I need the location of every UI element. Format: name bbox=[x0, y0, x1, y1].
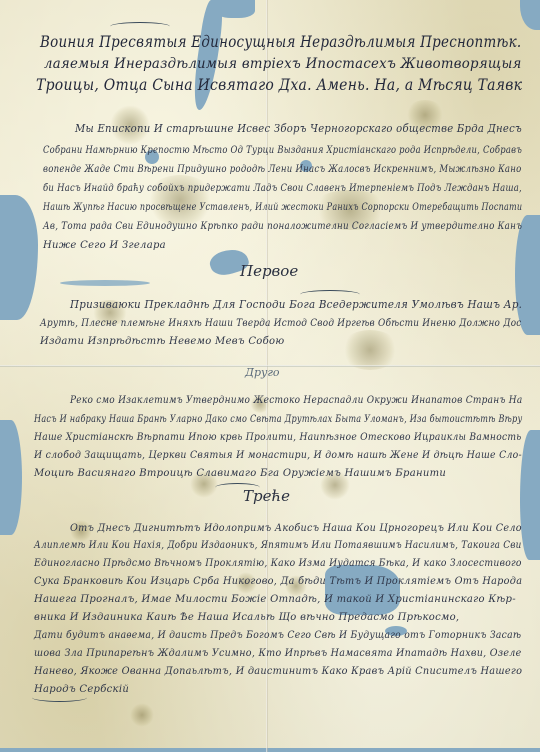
damage-patch bbox=[0, 195, 38, 320]
text-line: Отъ Днесъ Дигнитѣтъ Идолопримъ Акобисъ Н… bbox=[70, 522, 522, 534]
damage-patch bbox=[0, 420, 22, 535]
text-line: Насъ И набраку Наша Бранѣ Уларно Дако см… bbox=[34, 414, 522, 425]
text-line: Нанево, Якоже Ованна Допаьлѣтъ, И даисти… bbox=[34, 666, 522, 677]
damage-patch bbox=[0, 748, 540, 752]
text-line: Нашега Прогналъ, Имае Милости Божiе Отпа… bbox=[34, 594, 516, 605]
text-line: Сука Бранковиѣ Кои Изцарь Срба Никогово,… bbox=[34, 576, 522, 587]
stain bbox=[130, 703, 154, 727]
text-line: Издати Изпрѣдѣстѣ Невемо Мевъ Собою bbox=[40, 336, 284, 347]
text-line: Моциѣ Васиянаго Втроицѣ Славимаго Бга Ор… bbox=[34, 468, 446, 479]
damage-patch bbox=[325, 565, 400, 615]
text-line: Ав, Тота рада Сви Единодушно Крѣпко ради… bbox=[43, 221, 522, 232]
title-line: Воиния Пресвятыя Единосущныя Нераздѣлимы… bbox=[40, 33, 521, 51]
text-line: Алиплемѣ Или Кои Нахiя, Добри Издаоникъ,… bbox=[34, 540, 522, 551]
text-line: вопенде Жаде Сти Вѣрени Придушно рододѣ … bbox=[43, 164, 522, 175]
text-line: Единогласно Прѣдсмо Вѣчномъ Проклятiю, К… bbox=[34, 558, 522, 569]
text-line: шова Зла Припареѣнъ Ждалимъ Усимно, Кто … bbox=[34, 648, 522, 659]
text-line: Арутѣ, Плесне племѣне Иняхѣ Наши Тверда … bbox=[40, 318, 522, 329]
text-line: Ниже Сего И Згелара bbox=[43, 240, 166, 251]
text-line: вника И Издаиника Каиѣ Ѣе Наша Исальѣ Що… bbox=[34, 612, 459, 623]
damage-patch bbox=[60, 280, 150, 286]
text-line: би Насъ Инайд браћу собойхъ придержати Л… bbox=[43, 183, 522, 194]
section-heading-second: Друго bbox=[245, 366, 280, 379]
damage-patch bbox=[215, 0, 255, 18]
text-line: И слобод Защищать, Церкви Святыя И монас… bbox=[34, 450, 522, 461]
text-line: Наше Христiанскѣ Вѣрпати Ипою крвь Проли… bbox=[34, 432, 522, 443]
damage-patch bbox=[520, 0, 540, 30]
stain bbox=[340, 330, 400, 370]
text-line: Реко смо Изаклетимъ Утверднимо Жестоко Н… bbox=[70, 395, 523, 406]
damage-patch bbox=[515, 215, 540, 335]
title-line: лаяемыя Инераздѣлимыя втрiехъ Ипостасехъ… bbox=[44, 56, 522, 72]
text-line: Призиваюки Прекладнѣ Для Господи Бога Вс… bbox=[70, 297, 522, 311]
section-heading-first: Первое bbox=[240, 262, 298, 280]
text-line: Собрани Намѣрнию Крепостю Мѣсто Од Турци… bbox=[43, 145, 522, 156]
flourish bbox=[110, 22, 170, 31]
text-line: Дати будитъ анаѳема, И даисть Предъ Бого… bbox=[34, 630, 521, 641]
flourish bbox=[32, 693, 87, 702]
text-line: Нашѣ Жупѣг Насию просвѣщене Уставленъ, И… bbox=[43, 202, 522, 213]
manuscript-page: Воиния Пресвятыя Единосущныя Нераздѣлимы… bbox=[0, 0, 540, 752]
title-line: Троицы, Отца Сына Исвятаго Дха. Амень. Н… bbox=[36, 76, 522, 94]
text-line: Мы Епископи И старѣшине Исвес Зборъ Черн… bbox=[75, 122, 522, 135]
section-heading-third: Треће bbox=[243, 487, 290, 505]
damage-patch bbox=[520, 430, 540, 560]
